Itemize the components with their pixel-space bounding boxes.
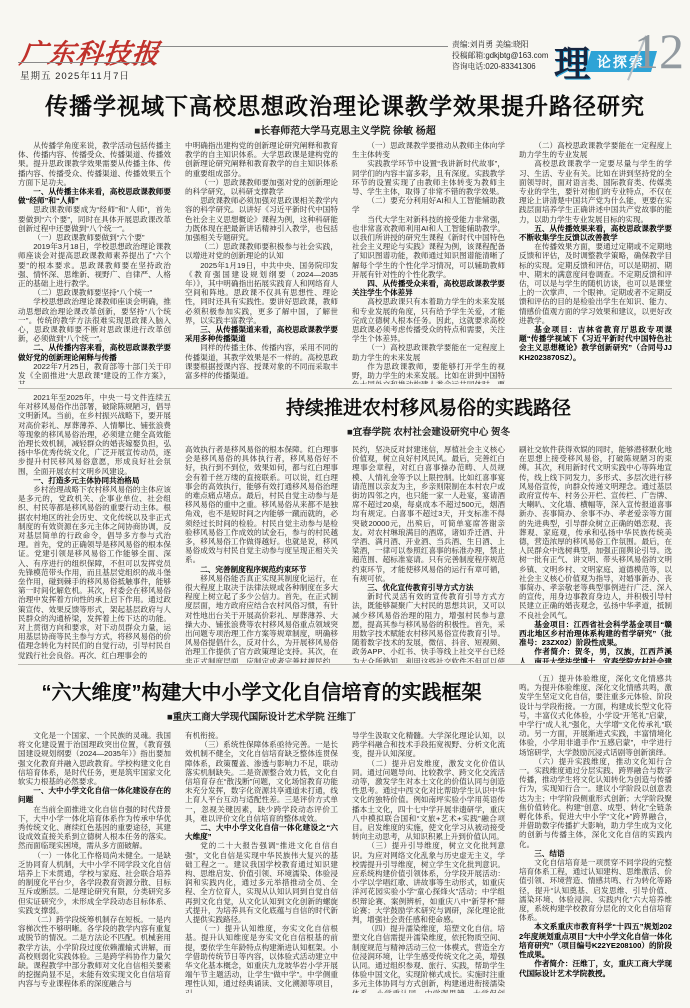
paragraph: （六）提升实践维度，推动文化知行合一。实践维度通过分层实践、跨界融合与数字传播，… bbox=[519, 757, 672, 849]
page-number: 12 bbox=[634, 26, 684, 76]
paragraph: 高校思政课教学一定要尽量与学生的学习、生活、专业有关。比如在讲到坚持党的全面领导… bbox=[519, 159, 672, 223]
paragraph: （四）提升濡染维度，培塑文化自信。培塑文化自信需提升濡染维度，依托物质空间、制度… bbox=[352, 924, 505, 993]
subheading: 一、打造多元主体协同共治格局 bbox=[18, 476, 171, 485]
paragraph: 作为思政课教师，要能够打开学生的视野，助力学生的未来发展。比如在讲到中国特色大国… bbox=[352, 362, 505, 384]
article1-column-2: 中明确指出建构党的创新理论研究阐释和教育教学的自主知识体系。大学思政课是建构党的… bbox=[185, 141, 338, 384]
paragraph: 当代大学生对新科技的接受能力非常强，也非常喜欢教师利用AI和人工智能辅助教学。以… bbox=[352, 215, 505, 279]
article3-byline: ■重庆工商大学现代国际设计艺术学院 汪维丁 bbox=[18, 709, 505, 723]
masthead-contact: 责编:刘肖勇 美编:晓阳 投稿邮箱:gdkjbtg@163.com 咨询电话:0… bbox=[452, 39, 548, 72]
paragraph: 新时代灵活有效的宣传教育引导方式方法，既能够凝聚广大村民的思想共识，又可以减少移… bbox=[352, 592, 505, 663]
article3-column-4: （五）提升体验维度，深化文化情感共鸣。为提升体验维度、深化文化情感共鸣，激发学生… bbox=[519, 674, 672, 994]
newspaper-logo: 广东科技报 bbox=[18, 32, 162, 71]
paragraph: （一）思政课教学要推动从教师主体向学生主体转变 bbox=[352, 141, 505, 159]
article1-column-3: （一）思政课教学要推动从教师主体向学生主体转变实践教学环节中设置“我讲新时代故事… bbox=[352, 141, 505, 384]
paragraph: 党的二十大报告强调“推进文化自信自强”，文化自信是实现中华民族伟大复兴的基础工程… bbox=[185, 841, 338, 924]
paragraph: 实践教学环节中设置“我讲新时代故事”，同学们的内容丰富多彩，且有深度。实践教学环… bbox=[352, 159, 505, 196]
paragraph: 本文系重庆市教育科学“十四五”规划2022年度规划重点项目“大中小学文化自信一体… bbox=[519, 922, 672, 959]
paragraph: （三）系统性保障体系亟待完善。一是长效机制不健全，文化自信培育缺乏整体连贯保障体… bbox=[185, 740, 338, 823]
paragraph: 思政课教师必须加强对思政课相关教学内容的科学研究。以讲好《习近平新时代中国特色社… bbox=[185, 196, 338, 242]
paragraph: 高校思政课只有本着助力学生的未来发展和专业发展的角度，只有给予学生关爱，才能完成… bbox=[352, 297, 505, 343]
masthead-date: 星期五 2025年11月7日 bbox=[20, 68, 130, 82]
section-divider bbox=[18, 664, 672, 665]
paragraph: 作者简介：贺冬，男，汉族，江西芦溪人，南开大学法学博士，宜春学院农村社会建设研究… bbox=[519, 647, 672, 663]
article2-right-block: 持续推进农村移风易俗的实践路径 ■宜春学院 农村社会建设研究中心 贺冬 高效执行… bbox=[185, 393, 672, 659]
paragraph: 中明确指出建构党的创新理论研究阐释和教育教学的自主知识体系。大学思政课是建构党的… bbox=[185, 141, 338, 178]
newspaper-page: 广东科技报 星期五 2025年11月7日 责编:刘肖勇 美编:晓阳 投稿邮箱:g… bbox=[0, 0, 690, 1008]
subheading: 一、大中小学文化自信一体化建设存在的问题 bbox=[18, 786, 171, 804]
paragraph: （一）提升认知维度，夯实文化自信根基。提升认知维度是夯实文化自信根基的前提，要依… bbox=[185, 924, 338, 993]
paragraph: 作者简介：汪维丁，女，重庆工商大学现代国际设计艺术学院教授。 bbox=[519, 959, 672, 977]
article1-byline: ■长春师范大学马克思主义学院 徐敏 杨超 bbox=[18, 122, 672, 137]
paragraph: 2019年3月18日，学校思想政治理论课教师座谈会对提高思政课教师素养提出了“六… bbox=[18, 242, 171, 288]
paragraph: 刷社交软件获得欢娱的同时，能够潜移默化地在思想上接受移风易俗，打破陈规陋习的束缚… bbox=[519, 445, 672, 620]
article1-columns: 从传播学角度来说，教学活动包括传播主体、传播内容、传播受众、传播渠道、传播效果。… bbox=[18, 141, 672, 384]
paragraph: 学校思想政治理论课教师座谈会明确，推动思想政治理论课改革创新，要坚持“八个统一”… bbox=[18, 297, 171, 343]
article2-column-4: 刷社交软件获得欢娱的同时，能够潜移默化地在思想上接受移风易俗，打破陈规陋习的束缚… bbox=[519, 445, 672, 663]
subheading: 三、从传播渠道来看，高校思政课教学要采用多种传播渠道 bbox=[185, 325, 338, 343]
section-divider bbox=[18, 388, 672, 389]
paragraph: 2025年1月19日，中共中央、国务院印发《教育强国建设规划纲要（2024—20… bbox=[185, 261, 338, 325]
article2-column-1: 2021年至2025年，中央一号文件连续五年对移风易俗作出部署，破除陈规陋习，倡… bbox=[18, 393, 171, 659]
paragraph: 2021年至2025年，中央一号文件连续五年对移风易俗作出部署，破除陈规陋习，倡… bbox=[18, 393, 171, 476]
editors-line: 责编:刘肖勇 美编:晓阳 bbox=[452, 39, 548, 50]
logo-underline bbox=[18, 62, 152, 63]
paragraph: 基金项目：吉林省教育厅思政专项课题“传播学视域下《习近平新时代中国特色社会主义思… bbox=[519, 325, 672, 362]
subheading: 三、优化宣传教育引导方式方法 bbox=[352, 583, 505, 592]
paragraph: 在传播效果方面，要通过定期或不定期地反馈和评估，及时调整教学策略，确保教学目标的… bbox=[519, 242, 672, 325]
subheading: 二、从传播内容来看，高校思政课教学要做好党的创新理论阐释与传播 bbox=[18, 343, 171, 361]
paragraph: （二）要充分利用好AI和人工智能辅助教学 bbox=[352, 196, 505, 214]
article2-byline: ■宜春学院 农村社会建设研究中心 贺冬 bbox=[185, 424, 672, 438]
article2-columns: 高效执行者是移风易俗的根本保障。红白理事会是移风易俗的具体执行者，移风易俗好不好… bbox=[185, 445, 672, 663]
article3-column-1: 文化是一个国家、一个民族的灵魂。我国将文化建设置于治国理政突出位置，《教育强国建… bbox=[18, 731, 171, 993]
article3-left-block: “六大维度”构建大中小学文化自信培育的实践框架 ■重庆工商大学现代国际设计艺术学… bbox=[18, 672, 505, 994]
subheading: 五、从传播效果来看，高校思政课教学要不断收集学生反馈以改善教学 bbox=[519, 224, 672, 242]
article1-column-4: （二）高校思政课教学要能在一定程度上助力学生的专业发展高校思政课教学一定要尽量与… bbox=[519, 141, 672, 384]
paragraph: 导学生汲取文化精髓。大学深化理论认知，以跨学科融合和技术手段拓宽视野、分析文化流… bbox=[352, 731, 505, 759]
paragraph: 思政课教师要成为“经师”和“人师”，首先要做到“六个要”，同时在具体开展思政课改… bbox=[18, 205, 171, 233]
article1-column-1: 从传播学角度来说，教学活动包括传播主体、传播内容、传播受众、传播渠道、传播效果。… bbox=[18, 141, 171, 384]
article3-column-3: 导学生汲取文化精髓。大学深化理论认知，以跨学科融合和技术手段拓宽视野、分析文化流… bbox=[352, 731, 505, 993]
subheading: 三、结语 bbox=[519, 849, 672, 858]
paragraph: 基金项目：江西省社会科学基金项目“赣西北地区乡村治理体系构建的哲学研究”（批准号… bbox=[519, 620, 672, 648]
badge-li-icon: 理 bbox=[554, 36, 590, 87]
paragraph: 文化自信培育是一项贯穿不同学段的完整培育体系工程，通过认知建构、思维激活、价值引… bbox=[519, 858, 672, 922]
paragraph: 文化是一个国家、一个民族的灵魂。我国将文化建设置于治国理政突出位置，《教育强国建… bbox=[18, 731, 171, 786]
article2-column-3: 民约，坚决反对封建迷信，厚植社会主义核心价值观，树立良好村风民风。最后，完善红白… bbox=[352, 445, 505, 663]
paragraph: （二）高校思政课教学要能在一定程度上助力学生的专业发展 bbox=[519, 141, 672, 159]
paragraph: （二）提升启发维度，激发文化价值认同。通过问题导向、比较教学、跨文化交流活动等，… bbox=[352, 759, 505, 842]
subheading: 二、完善制度程序规范约束环节 bbox=[185, 565, 338, 574]
article2-column-2: 高效执行者是移风易俗的根本保障。红白理事会是移风易俗的具体执行者，移风易俗好不好… bbox=[185, 445, 338, 663]
subheading: 四、从传播受众来看，高校思政课教学要关注学生个体差异 bbox=[352, 279, 505, 297]
paragraph: （一）思政课教师要做到“六个要” bbox=[18, 233, 171, 242]
paragraph: 移风易俗能否真正实现其制度化运行，在很大程度上取决于法律法规或各种制度在多大程度… bbox=[185, 574, 338, 663]
paragraph: 同样的传播主体、传播内容，采用不同的传播渠道，其教学效果是不一样的。高校思政课要… bbox=[185, 343, 338, 380]
paragraph: 民约，坚决反对封建迷信，厚植社会主义核心价值观，树立良好村风民风。最后，完善红白… bbox=[352, 445, 505, 583]
subheading: 二、大中小学文化自信一体化建设之“六大维度” bbox=[185, 823, 338, 841]
paragraph: 高效执行者是移风易俗的根本保障。红白理事会是移风易俗的具体执行者，移风易俗好不好… bbox=[185, 445, 338, 565]
paragraph: 乡村治理战略下农村移风易俗的主体应该是多元的，党政机关、企事业单位、社会组织、村… bbox=[18, 485, 171, 659]
paragraph: （一）一体化工作格局尚未健全。一是缺乏协同育人机制，大中小学不同学段文化自信培养… bbox=[18, 851, 171, 915]
paragraph: 2022年7月25日，教育部等十部门关于印发《全面推进“大思政课”建设的工作方案… bbox=[18, 362, 171, 384]
article2-headline: 持续推进农村移风易俗的实践路径 bbox=[185, 393, 672, 420]
email-line: 投稿邮箱:gdkjbtg@163.com bbox=[452, 50, 548, 61]
paragraph: 在当前全面推进文化自信自强的时代背景下，大中小学一体化培育体系作为传承中华优秀传… bbox=[18, 805, 171, 851]
paragraph: （五）提升体验维度，深化文化情感共鸣。为提升体验维度、深化文化情感共鸣，激发学生… bbox=[519, 674, 672, 757]
paragraph: （二）思政课教师要积极参与社会实践，以增进对党的创新理论的认知 bbox=[185, 242, 338, 260]
paragraph: 有机衔接。 bbox=[185, 731, 338, 740]
paragraph: 从传播学角度来说，教学活动包括传播主体、传播内容、传播受众、传播渠道、传播效果。… bbox=[18, 141, 171, 187]
paragraph: （一）高校思政课教学要能在一定程度上助力学生的未来发展 bbox=[352, 343, 505, 361]
phone-line: 咨询电话:020-83341306 bbox=[452, 61, 548, 72]
subheading: 一、从传播主体来看，高校思政课教师要做“经师”和“人师” bbox=[18, 187, 171, 205]
article3-headline: “六大维度”构建大中小学文化自信培育的实践框架 bbox=[18, 676, 505, 705]
paragraph: （一）思政课教师要加强对党的创新理论的科学研究，以科研支撑教学 bbox=[185, 178, 338, 196]
masthead-rule bbox=[158, 46, 448, 47]
article1-headline: 传播学视域下高校思想政治理论课教学效果提升路径研究 bbox=[18, 88, 672, 121]
article3-columns: 文化是一个国家、一个民族的灵魂。我国将文化建设置于治国理政突出位置，《教育强国建… bbox=[18, 731, 505, 993]
paragraph: （三）提升引导维度，树立文化批判意识。为应对网络文化乱象与历史虚无主义，学校需提… bbox=[352, 841, 505, 924]
paragraph: （二）跨学段统筹机制存在短板。一是内容梯次性不够明晰。各学段的教学内容有重复或脱… bbox=[18, 915, 171, 989]
article3-column-2: 有机衔接。（三）系统性保障体系亟待完善。一是长效机制不健全，文化自信培育缺乏整体… bbox=[185, 731, 338, 993]
